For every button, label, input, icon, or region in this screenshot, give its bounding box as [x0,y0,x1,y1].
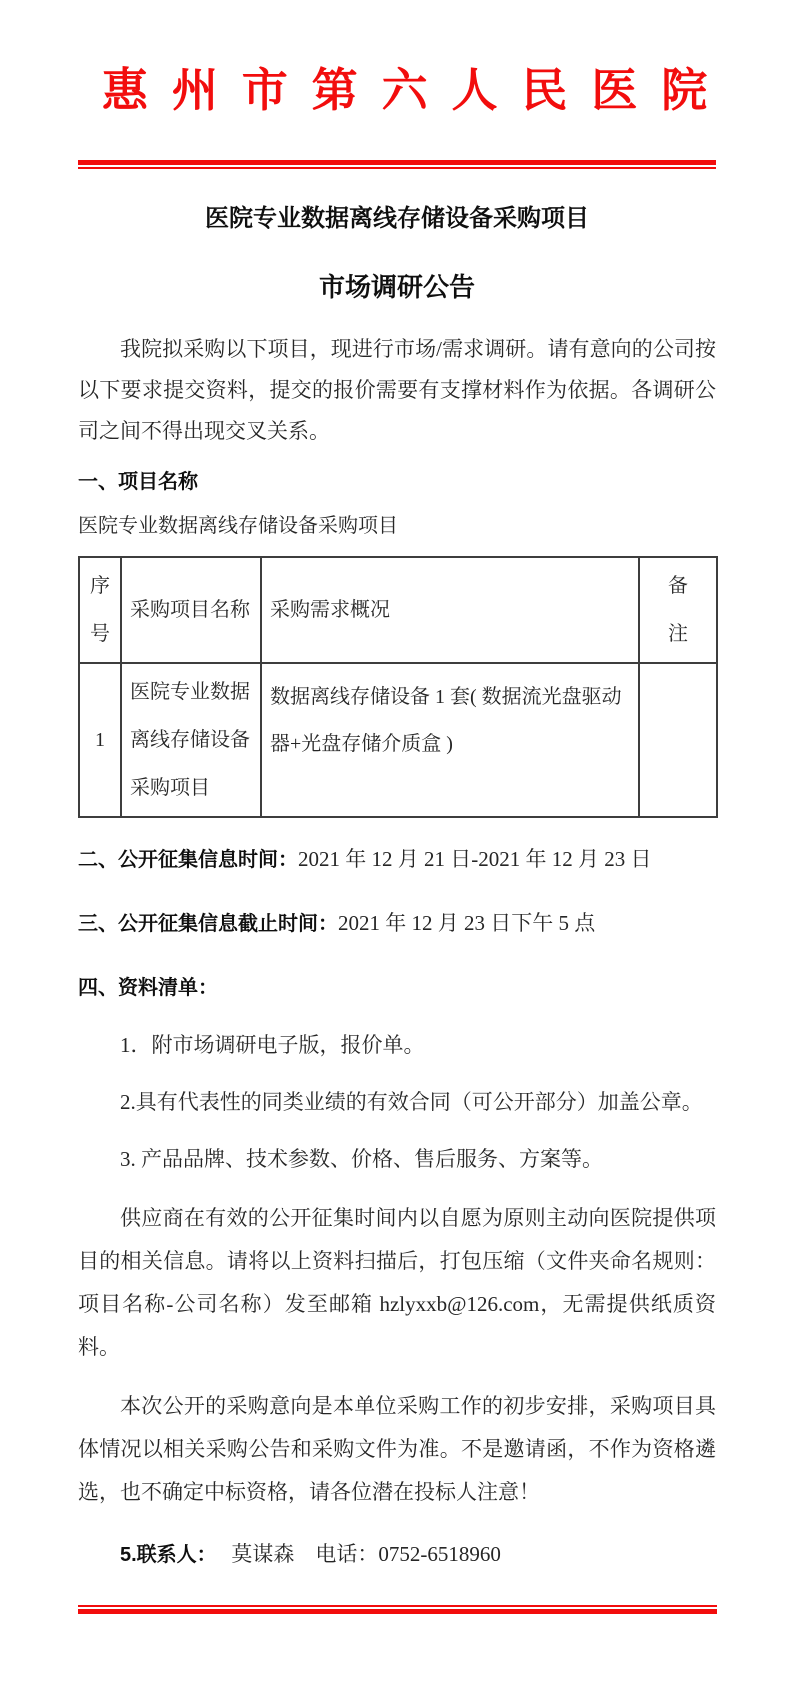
intro-paragraph: 我院拟采购以下项目，现进行市场/需求调研。请有意向的公司按以下要求提交资料，提交… [78,329,716,452]
table-cell-name: 医院专业数据离线存储设备采购项目 [121,663,261,817]
section-deadline-label: 三、公开征集信息截止时间： [78,913,338,935]
contact-label: 5.联系人： [120,1544,217,1566]
table-header-demand: 采购需求概况 [261,557,639,663]
checklist-item-3: 3. 产品品牌、技术参数、价格、售后服务、方案等。 [78,1138,716,1181]
section-deadline: 三、公开征集信息截止时间：2021 年 12 月 23 日下午 5 点 [78,902,716,946]
submit-instructions-paragraph: 供应商在有效的公开征集时间内以自愿为原则主动向医院提供项目的相关信息。请将以上资… [78,1197,716,1369]
checklist-item-1: 1．附市场调研电子版，报价单。 [78,1024,716,1067]
table-header-row: 序号 采购项目名称 采购需求概况 备注 [79,557,717,663]
table-cell-no: 1 [79,663,121,817]
footer-double-rule [78,1605,717,1614]
section-checklist-heading: 四、资料清单： [78,966,716,1010]
document-title: 医院专业数据离线存储设备采购项目 [78,203,716,235]
section-checklist-heading-label: 四、资料清单： [78,977,218,999]
header-double-rule [78,160,716,169]
table-header-no-label: 序号 [89,562,111,658]
table-cell-demand: 数据离线存储设备 1 套( 数据流光盘驱动器+光盘存储介质盒 ) [261,663,639,817]
section-collection-time-value: 2021 年 12 月 21 日-2021 年 12 月 23 日 [298,847,652,871]
contact-phone-label: 电话： [315,1542,378,1566]
table-row: 1 医院专业数据离线存储设备采购项目 数据离线存储设备 1 套( 数据流光盘驱动… [79,663,717,817]
contact-phone-number: 0752-6518960 [378,1542,501,1566]
contact-name: 莫谋森 [231,1542,294,1566]
table-header-note-label: 备注 [667,562,689,658]
section-heading-project-name: 一、项目名称 [78,468,716,496]
section-deadline-value: 2021 年 12 月 23 日下午 5 点 [338,911,595,935]
section-collection-time: 二、公开征集信息时间：2021 年 12 月 21 日-2021 年 12 月 … [78,838,716,882]
hospital-title: 惠州市第六人民医院 [78,64,716,118]
contact-line: 5.联系人：莫谋森电话：0752-6518960 [78,1536,716,1573]
table-header-no: 序号 [79,557,121,663]
procurement-table: 序号 采购项目名称 采购需求概况 备注 1 医院专业数据离线存储设备采购项目 数… [78,556,718,818]
document-content: 惠州市第六人民医院 医院专业数据离线存储设备采购项目 市场调研公告 我院拟采购以… [0,0,794,1573]
checklist-item-2: 2.具有代表性的同类业绩的有效合同（可公开部分）加盖公章。 [78,1081,716,1124]
table-cell-note [639,663,717,817]
section-collection-time-label: 二、公开征集信息时间： [78,849,298,871]
table-header-name: 采购项目名称 [121,557,261,663]
notice-paragraph: 本次公开的采购意向是本单位采购工作的初步安排，采购项目具体情况以相关采购公告和采… [78,1385,716,1514]
document-page: 惠州市第六人民医院 医院专业数据离线存储设备采购项目 市场调研公告 我院拟采购以… [0,0,794,1700]
document-subtitle: 市场调研公告 [78,271,716,305]
table-header-note: 备注 [639,557,717,663]
project-name-line: 医院专业数据离线存储设备采购项目 [78,512,716,540]
